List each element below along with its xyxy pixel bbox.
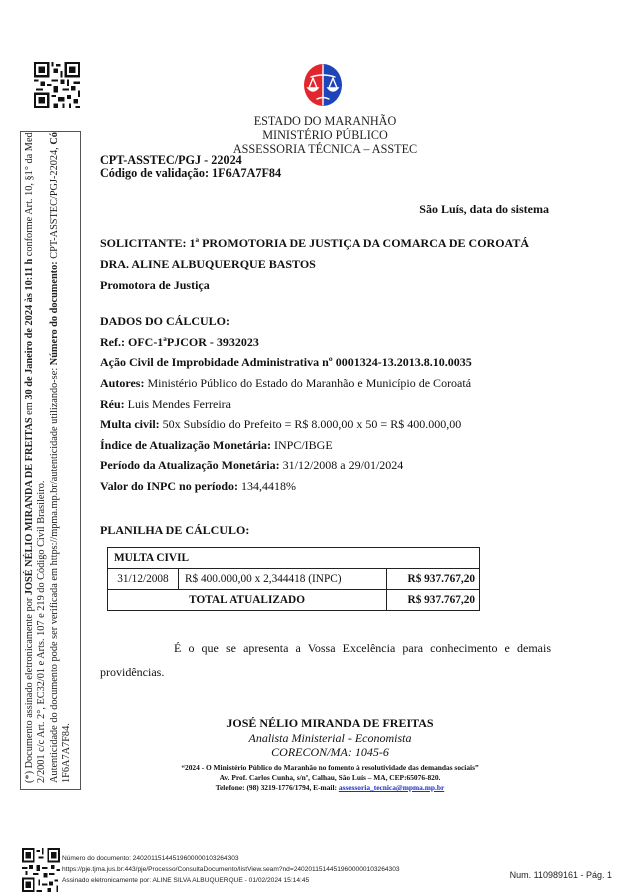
- institutional-motto: “2024 - O Ministério Público do Maranhão…: [150, 763, 510, 772]
- total-value: R$ 937.767,20: [387, 590, 480, 611]
- sidebar-line-3: Autenticidade do documento pode ser veri…: [49, 138, 61, 783]
- field-index: Índice de Atualização Monetária: INPC/IB…: [100, 438, 333, 453]
- total-label: TOTAL ATUALIZADO: [108, 590, 387, 611]
- institutional-address: Av. Prof. Carlos Cunha, s/nº, Calhau, Sã…: [150, 773, 510, 782]
- table-row: 31/12/2008 R$ 400.000,00 x 2,344418 (INP…: [108, 569, 480, 590]
- calculation-table: MULTA CIVIL 31/12/2008 R$ 400.000,00 x 2…: [107, 547, 480, 611]
- sidebar-line-4: 1F6A7A7F84.: [61, 138, 73, 783]
- org-department: ASSESSORIA TÉCNICA – ASSTEC: [200, 142, 450, 153]
- authentication-sidebar: (*) Documento assinado eletronicamente p…: [20, 131, 81, 790]
- field-civil-fine: Multa civil: 50x Subsídio do Prefeito = …: [100, 417, 461, 432]
- field-authors: Autores: Ministério Público do Estado do…: [100, 376, 471, 391]
- institutional-contact: Telefone: (98) 3219-1776/1794, E-mail: a…: [150, 783, 510, 792]
- spreadsheet-title: PLANILHA DE CÁLCULO:: [100, 523, 249, 538]
- qr-code-bottom: [22, 848, 60, 892]
- validation-code: Código de validação: 1F6A7A7F84: [100, 166, 281, 181]
- city-date: São Luís, data do sistema: [419, 202, 549, 217]
- field-defendant: Réu: Luis Mendes Ferreira: [100, 397, 231, 412]
- table-total-row: TOTAL ATUALIZADO R$ 937.767,20: [108, 590, 480, 611]
- sidebar-line-2: 2/2001 c/c Art. 2°, EC32/01 e Arts. 107 …: [36, 138, 48, 783]
- page-number: Num. 110989161 - Pág. 1: [510, 870, 612, 880]
- footer-url[interactable]: https://pje.tjma.jus.br:443/pje/Processo…: [62, 866, 400, 873]
- org-state: ESTADO DO MARANHÃO: [200, 114, 450, 128]
- row-value: R$ 937.767,20: [387, 569, 480, 590]
- footer-doc-number: Número do documento: 2402011514451960000…: [62, 855, 239, 862]
- email-link[interactable]: assessoria_tecnica@mpma.mp.br: [339, 783, 444, 792]
- scales-of-justice-icon: [303, 63, 343, 107]
- signer-name: JOSÉ NÉLIO MIRANDA DE FREITAS: [150, 716, 510, 731]
- section-header-cell: MULTA CIVIL: [108, 548, 480, 569]
- org-ministry: MINISTÉRIO PÚBLICO: [200, 128, 450, 142]
- signer-registration: CORECON/MA: 1045-6: [150, 745, 510, 760]
- sidebar-line-1: (*) Documento assinado eletronicamente p…: [24, 138, 36, 783]
- requester-name: DRA. ALINE ALBUQUERQUE BASTOS: [100, 257, 316, 272]
- field-period: Período da Atualização Monetária: 31/12/…: [100, 458, 403, 473]
- requester-role: Promotora de Justiça: [100, 278, 210, 293]
- table-section-header: MULTA CIVIL: [108, 548, 480, 569]
- calc-data-title: DADOS DO CÁLCULO:: [100, 314, 230, 329]
- row-description: R$ 400.000,00 x 2,344418 (INPC): [178, 569, 386, 590]
- calc-reference: Ref.: OFC-1ªPJCOR - 3932023: [100, 335, 259, 350]
- field-inpc-value: Valor do INPC no período: 134,4418%: [100, 479, 296, 494]
- footer-signed-by: Assinado eletronicamente por: ALINE SILV…: [62, 877, 309, 884]
- lawsuit-number: Ação Civil de Improbidade Administrativa…: [100, 355, 472, 370]
- signer-role: Analista Ministerial - Economista: [150, 731, 510, 746]
- requester-line: SOLICITANTE: 1ª PROMOTORIA DE JUSTIÇA DA…: [100, 236, 529, 251]
- closing-paragraph: É o que se apresenta a Vossa Excelência …: [100, 636, 551, 684]
- row-date: 31/12/2008: [108, 569, 179, 590]
- qr-code-top: [34, 62, 80, 108]
